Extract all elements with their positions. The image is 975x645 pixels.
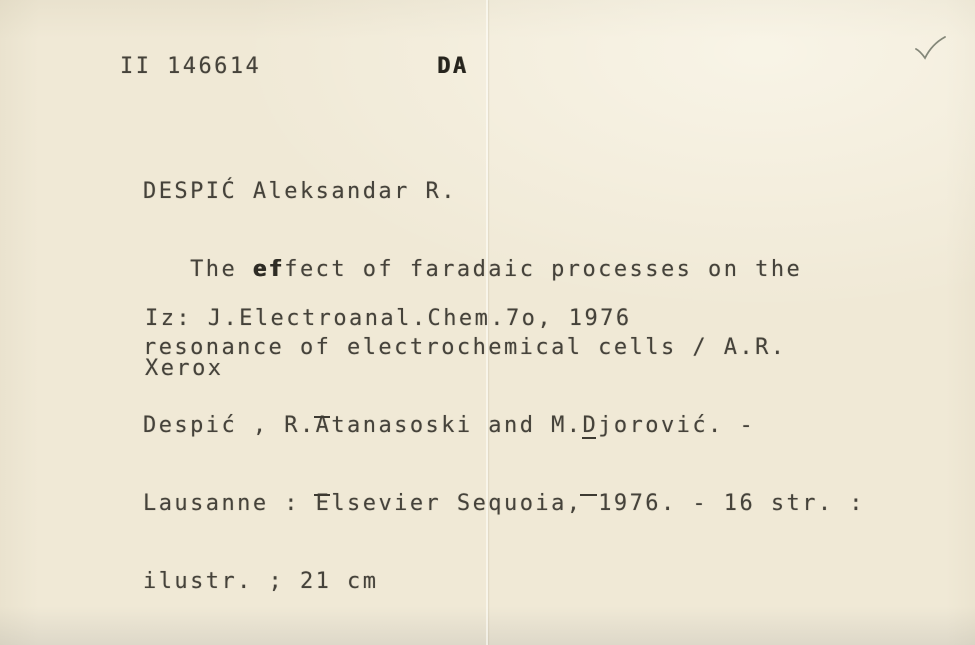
responsibility-text: Despić , R. <box>143 413 316 438</box>
catalog-card-scan: II 146614 DA DESPIĆ Aleksandar R. The ef… <box>0 0 975 645</box>
overlined-letter: E <box>316 491 332 517</box>
title-text: The <box>143 257 253 282</box>
underlined-letter: D <box>582 413 598 439</box>
imprint-text: 1976. - 16 str. : <box>598 491 865 516</box>
statement-of-responsibility-line: Despić , R.Atanasoski and M.Djorović. - <box>143 413 865 439</box>
title-line-2: resonance of electrochemical cells / A.R… <box>143 335 865 361</box>
overlined-space <box>582 491 598 517</box>
call-number: II 146614 <box>120 54 261 80</box>
imprint-text: lsevier Sequoia, <box>331 491 582 516</box>
author-heading: DESPIĆ Aleksandar R. <box>143 179 865 205</box>
title-line-1: The effect of faradaic processes on the <box>143 257 865 283</box>
title-text: fect of faradaic processes on the <box>284 257 802 282</box>
reproduction-note: Xerox <box>145 356 223 382</box>
overlined-letter: A <box>316 413 332 439</box>
imprint-text: Lausanne : <box>143 491 316 516</box>
responsibility-text: tanasoski and M. <box>331 413 582 438</box>
collation-line: ilustr. ; 21 cm <box>143 569 865 595</box>
imprint-line: Lausanne : Elsevier Sequoia, 1976. - 16 … <box>143 491 865 517</box>
responsibility-text: jorović. - <box>598 413 755 438</box>
pencil-checkmark-icon <box>912 33 948 65</box>
classification-code: DA <box>437 54 468 80</box>
catalog-entry: DESPIĆ Aleksandar R. The effect of farad… <box>143 127 865 645</box>
source-note: Iz: J.Electroanal.Chem.7o, 1976 <box>145 306 632 332</box>
overstruck-letters: ef <box>253 257 284 282</box>
